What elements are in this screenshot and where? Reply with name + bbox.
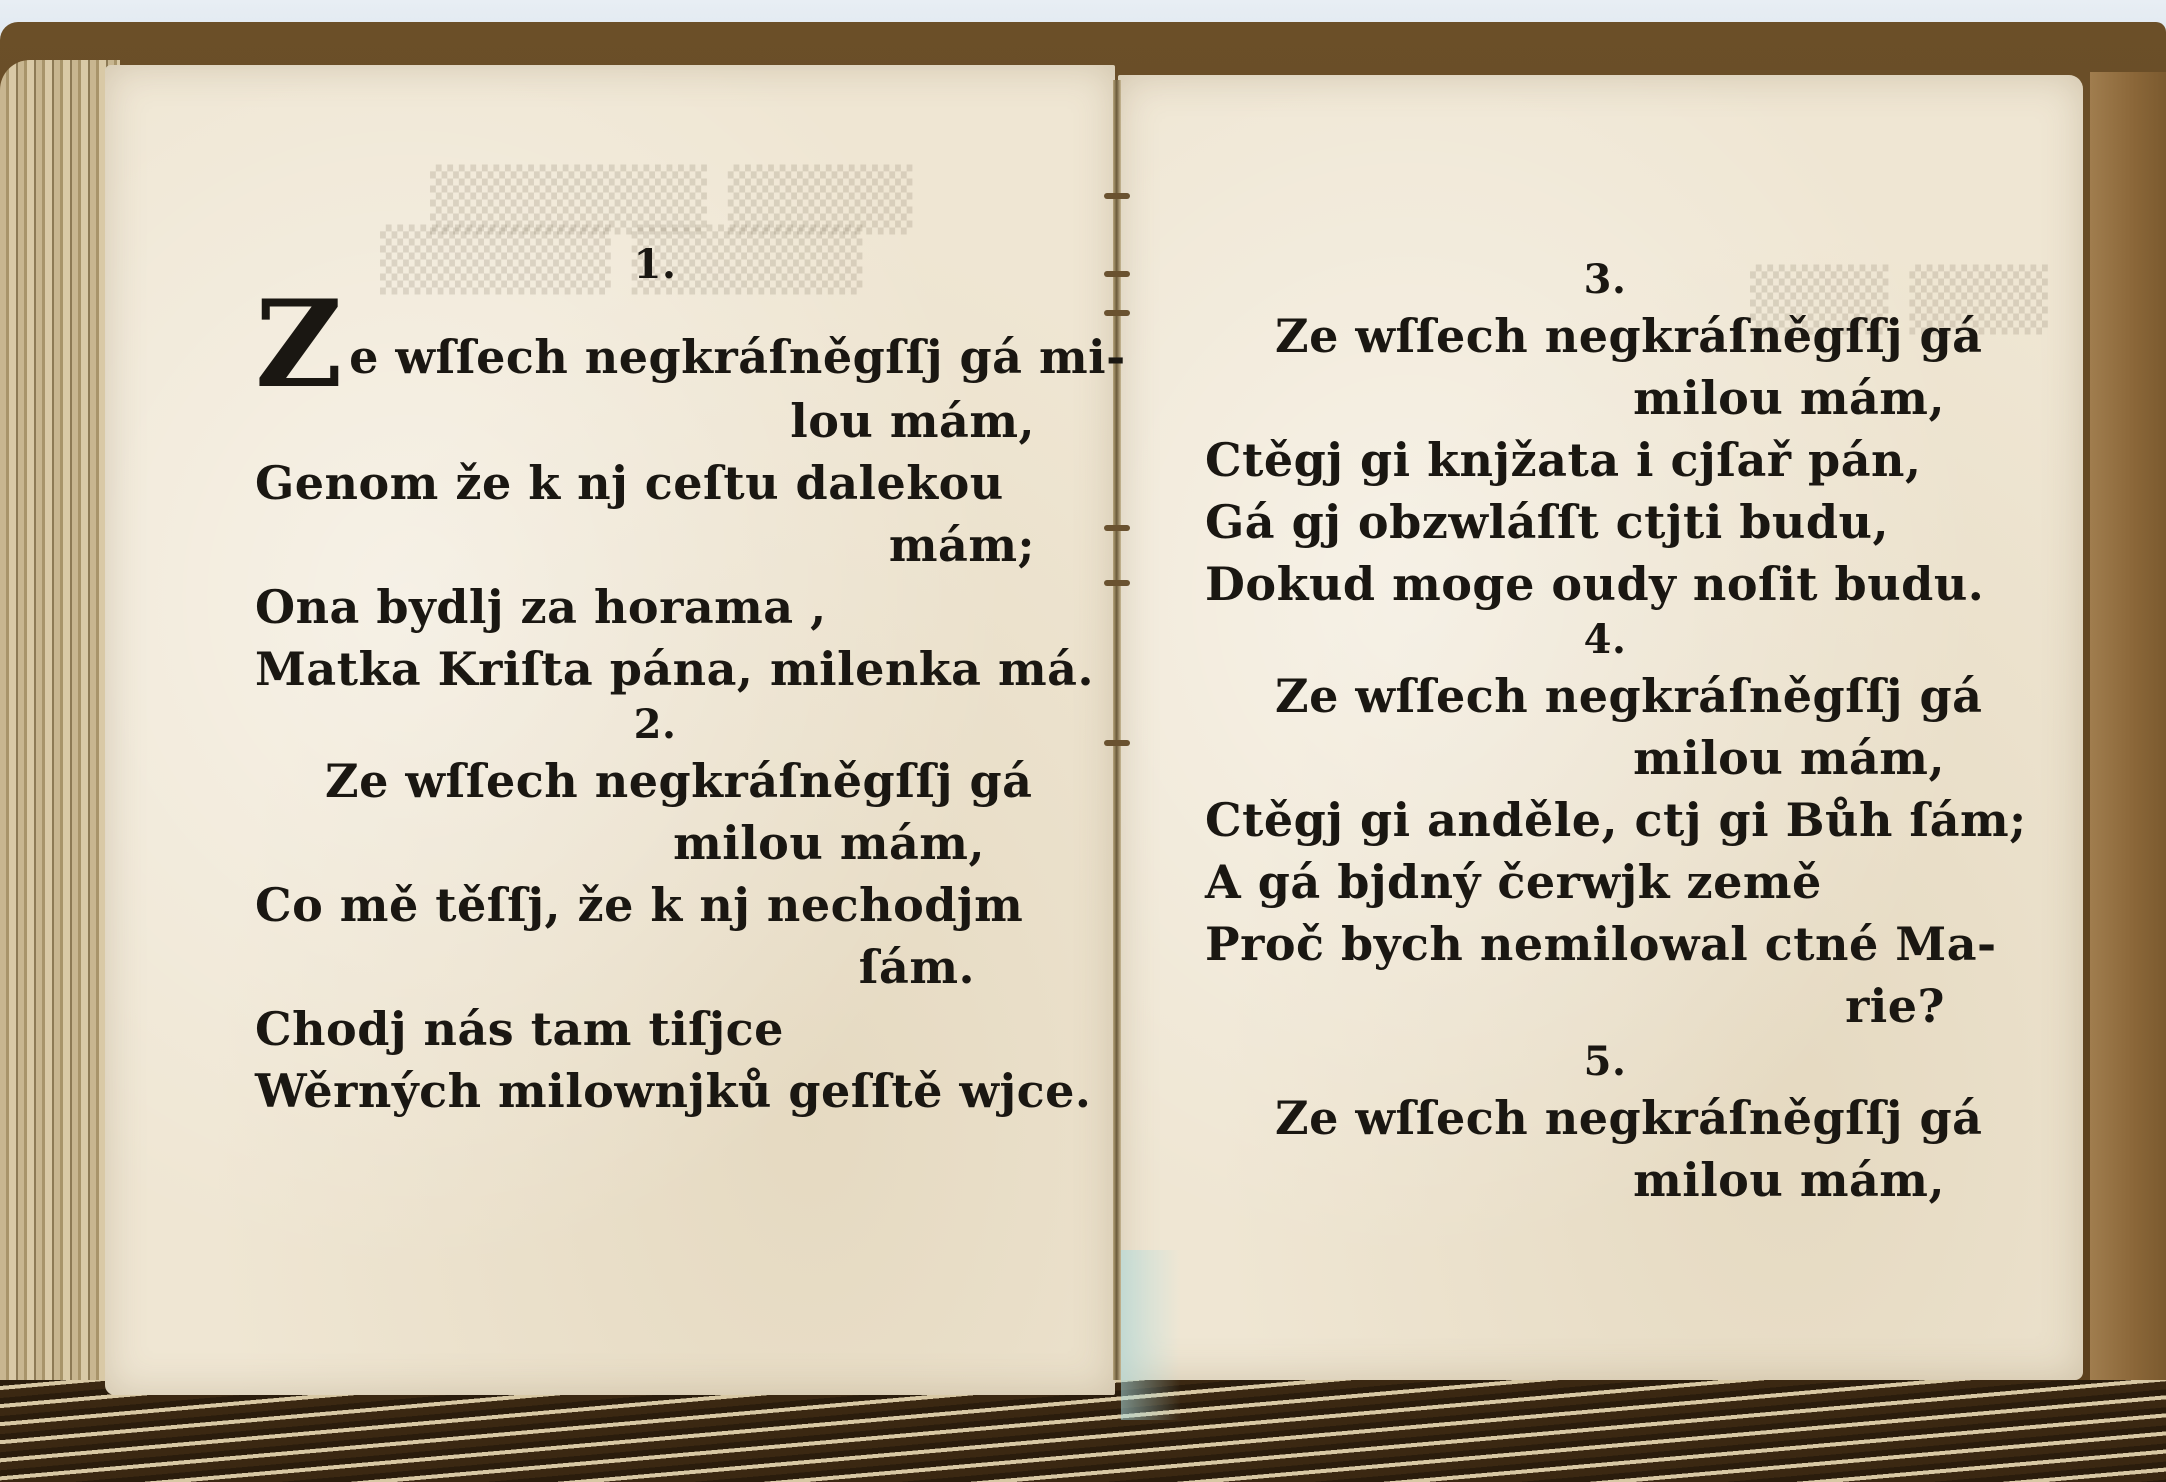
stanza-number: 4. [1205, 615, 2005, 665]
verse-line: Co mě těſſj, že k nj nechodjm [255, 874, 1055, 936]
verse-line: milou mám, [1205, 727, 2005, 789]
verse-line: Genom že k nj ceſtu dalekou [255, 452, 1055, 514]
gutter-tint [1121, 1250, 1181, 1420]
verse-line: Ctěgj gi anděle, ctj gi Bůh ſám; [1205, 789, 2005, 851]
binding-stitch [1104, 193, 1130, 199]
verse-line: Ctěgj gi knjžata i cjſař pán, [1205, 429, 2005, 491]
verse-line: Ona bydlj za horama , [255, 576, 1055, 638]
verse-line: Wěrných milownjků geſſtě wjce. [255, 1060, 1055, 1122]
stanza-number: 2. [255, 700, 1055, 750]
stanza-number: 5. [1205, 1037, 2005, 1087]
verse-line: Matka Kriſta pána, milenka má. [255, 638, 1055, 700]
verse-line: e wſſech negkráſněgſſj gá mi- [255, 290, 1055, 388]
book-cover-right-edge [2090, 72, 2166, 1482]
binding-stitch [1104, 740, 1130, 746]
stanza-3: 3. Ze wſſech negkráſněgſſj gá milou mám,… [1205, 255, 2005, 615]
verse-line: milou mám, [1205, 367, 2005, 429]
binding-stitch [1104, 580, 1130, 586]
page-edges-bottom [0, 1380, 2166, 1482]
right-page-text: 3. Ze wſſech negkráſněgſſj gá milou mám,… [1205, 255, 2005, 1211]
drop-cap: Z [255, 300, 343, 390]
binding-stitch [1104, 310, 1130, 316]
scanned-book: ▒▒▒▒ ▒▒▒▒▒▒ ▒▒▒▒▒ ▒▒▒▒▒ ▒▒▒ ▒▒▒ 1. Z e w… [0, 0, 2166, 1482]
verse-line: Proč bych nemilowal ctné Ma- [1205, 913, 2005, 975]
verse-line: Ze wſſech negkráſněgſſj gá [1205, 305, 2005, 367]
stanza-5: 5. Ze wſſech negkráſněgſſj gá milou mám, [1205, 1037, 2005, 1211]
binding-stitch [1104, 271, 1130, 277]
stanza-1: 1. Z e wſſech negkráſněgſſj gá mi- lou m… [255, 240, 1055, 700]
stanza-4: 4. Ze wſſech negkráſněgſſj gá milou mám,… [1205, 615, 2005, 1037]
verse-line: Ze wſſech negkráſněgſſj gá [255, 750, 1055, 812]
verse-line: Gá gj obzwláſſt ctjti budu, [1205, 491, 2005, 553]
verse-line: Ze wſſech negkráſněgſſj gá [1205, 1087, 2005, 1149]
verse-line: A gá bjdný čerwjk země [1205, 851, 2005, 913]
verse-line: lou mám, [255, 390, 1055, 452]
verse-line: milou mám, [1205, 1149, 2005, 1211]
verse-line: Ze wſſech negkráſněgſſj gá [1205, 665, 2005, 727]
verse-line: mám; [255, 514, 1055, 576]
left-page-text: 1. Z e wſſech negkráſněgſſj gá mi- lou m… [255, 240, 1055, 1122]
verse-line: Dokud moge oudy noſit budu. [1205, 553, 2005, 615]
stanza-number: 1. [255, 240, 1055, 290]
stanza-2: 2. Ze wſſech negkráſněgſſj gá milou mám,… [255, 700, 1055, 1122]
verse-line: ſám. [255, 936, 1055, 998]
verse-line: rie? [1205, 975, 2005, 1037]
page-edges-left [0, 60, 120, 1420]
stanza-number: 3. [1205, 255, 2005, 305]
binding-stitch [1104, 525, 1130, 531]
verse-line: milou mám, [255, 812, 1055, 874]
verse-line: Chodj nás tam tiſjce [255, 998, 1055, 1060]
